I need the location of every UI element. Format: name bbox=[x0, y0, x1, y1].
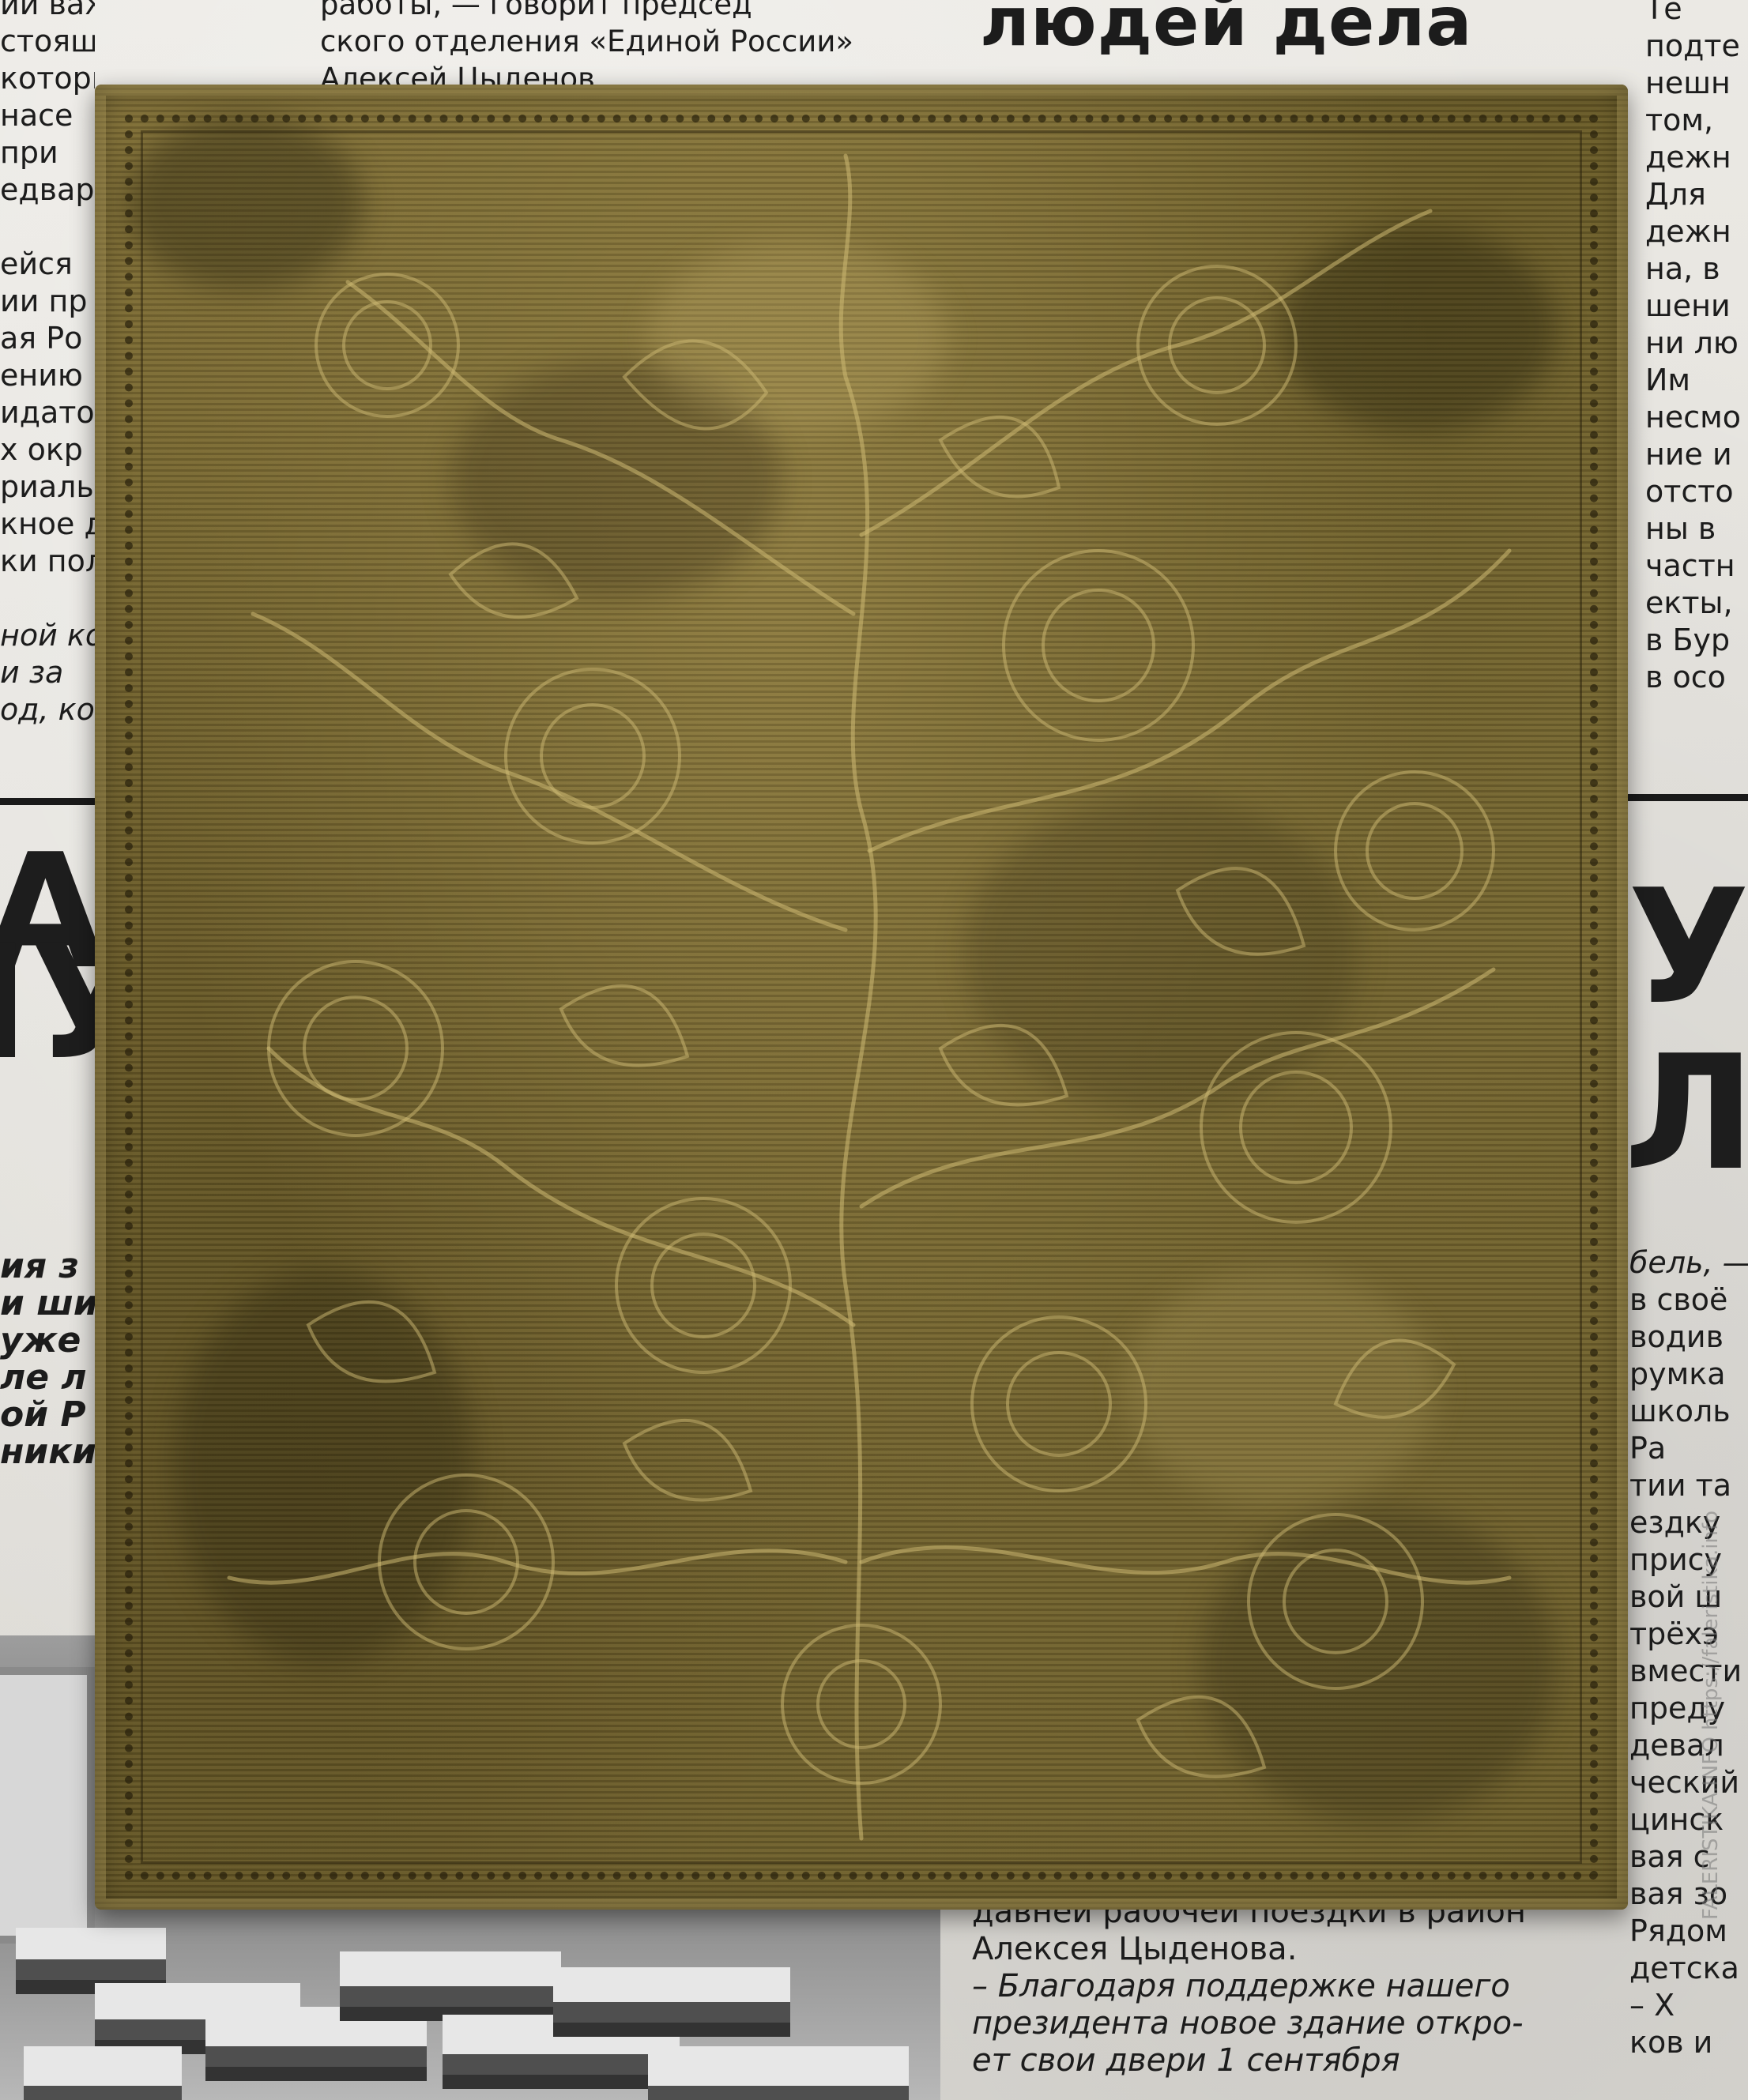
newspaper-column-top-right: Теподтенешнтом,дежнДлядежнна, вшенини лю… bbox=[1645, 0, 1748, 696]
text-line: едвар bbox=[0, 171, 95, 209]
engraved-brass-plate bbox=[95, 85, 1628, 1910]
text-line: тии та bbox=[1629, 1467, 1748, 1504]
text-line: ии важно было bbox=[0, 0, 95, 23]
text-line: ии пр bbox=[0, 283, 95, 320]
text-line: вая с bbox=[1629, 1838, 1748, 1876]
section-divider-left bbox=[0, 798, 99, 805]
watermark: FALERISTIKA.INFO https://faleristika.inf… bbox=[1699, 1511, 1723, 1920]
text-line: ние и bbox=[1645, 436, 1748, 473]
newspaper-lead-left: ия зи шиужеле лой Рники bbox=[0, 1244, 99, 1467]
text-line: водив bbox=[1629, 1319, 1748, 1356]
text-line: трёхэ bbox=[1629, 1616, 1748, 1653]
text-line: том, bbox=[1645, 102, 1748, 139]
desk bbox=[16, 1928, 166, 1980]
text-line: которые поль- bbox=[0, 60, 95, 97]
text-line: ной ко bbox=[0, 617, 95, 654]
text-line: девал bbox=[1629, 1727, 1748, 1764]
text-line: отсто bbox=[1645, 473, 1748, 510]
text-line: кное д bbox=[0, 506, 95, 543]
text-line: в Бур bbox=[1645, 622, 1748, 659]
text-line bbox=[0, 209, 95, 246]
big-headline-right-line-1: У bbox=[1628, 869, 1748, 1027]
text-line: частн bbox=[1645, 548, 1748, 585]
text-line: ни лю bbox=[1645, 325, 1748, 362]
text-line: и ши bbox=[0, 1281, 99, 1319]
text-line: несмо bbox=[1645, 399, 1748, 436]
text-line: детска bbox=[1629, 1950, 1748, 1987]
newspaper-column-top-middle: работы, — говорит председского отделения… bbox=[320, 0, 936, 97]
section-divider-right bbox=[1626, 794, 1748, 801]
newspaper-column-bottom-middle: давней рабочей поездки в районАлексея Цы… bbox=[972, 1892, 1620, 2078]
text-line: работы, — говорит председ bbox=[320, 0, 936, 23]
text-line: подте bbox=[1645, 28, 1748, 65]
desk bbox=[553, 1967, 790, 2023]
text-line: од, ко bbox=[0, 691, 95, 728]
desk bbox=[443, 2015, 680, 2075]
text-line: ездку bbox=[1629, 1504, 1748, 1541]
text-line: ники bbox=[0, 1430, 99, 1467]
newspaper-column-top-left: ии важно былостоящему на-которые поль-на… bbox=[0, 0, 95, 728]
text-line: ия з bbox=[0, 1244, 99, 1281]
text-line: шени bbox=[1645, 288, 1748, 325]
text-line: ле л bbox=[0, 1356, 99, 1393]
text-line: риаль bbox=[0, 469, 95, 506]
text-line: ков и bbox=[1629, 2024, 1748, 2061]
text-line: стоящему на- bbox=[0, 23, 95, 60]
text-line: ки пол bbox=[0, 543, 95, 580]
text-line: при bbox=[0, 134, 95, 171]
text-line: ского отделения «Единой России» bbox=[320, 23, 936, 60]
text-line: Им bbox=[1645, 362, 1748, 399]
text-line: ческий bbox=[1629, 1764, 1748, 1801]
text-line: в осо bbox=[1645, 659, 1748, 696]
text-line: в своё bbox=[1629, 1281, 1748, 1319]
text-line: дежн bbox=[1645, 213, 1748, 250]
text-line: на, в bbox=[1645, 250, 1748, 288]
big-headline-right-line-2: ЛЬ bbox=[1624, 1035, 1748, 1193]
headline-people-of-action: людей дела bbox=[980, 0, 1472, 62]
text-line: – Х bbox=[1629, 1987, 1748, 2024]
text-line: ой Р bbox=[0, 1393, 99, 1430]
text-line: Алексея Цыденова. bbox=[972, 1929, 1620, 1966]
desk bbox=[205, 2007, 427, 2067]
text-line: и за bbox=[0, 654, 95, 691]
text-line: Для bbox=[1645, 176, 1748, 213]
text-line: президента новое здание откро- bbox=[972, 2004, 1620, 2041]
window bbox=[0, 1667, 95, 1944]
text-line: ны в bbox=[1645, 510, 1748, 548]
text-line: вмести bbox=[1629, 1653, 1748, 1690]
text-line: дежн bbox=[1645, 139, 1748, 176]
text-line: идато bbox=[0, 394, 95, 431]
text-line: Те bbox=[1645, 0, 1748, 28]
text-line: ая Ро bbox=[0, 320, 95, 357]
text-line: преду bbox=[1629, 1690, 1748, 1727]
text-line: – Благодаря поддержке нашего bbox=[972, 1966, 1620, 2004]
desk bbox=[340, 1951, 561, 2007]
text-line: цинск bbox=[1629, 1801, 1748, 1838]
text-line: бель, — bbox=[1629, 1244, 1748, 1281]
text-line: уже bbox=[0, 1319, 99, 1356]
text-line: екты, bbox=[1645, 585, 1748, 622]
text-line: вой ш bbox=[1629, 1579, 1748, 1616]
newspaper-column-bottom-right: бель, —в своёводиврумкашкольРатии таездк… bbox=[1629, 1244, 1748, 2061]
text-line: нешн bbox=[1645, 65, 1748, 102]
desk bbox=[648, 2046, 909, 2100]
text-line: школь bbox=[1629, 1393, 1748, 1430]
text-line: Ра bbox=[1629, 1430, 1748, 1467]
text-line: ейся bbox=[0, 246, 95, 283]
text-line: ет свои двери 1 сентября bbox=[972, 2041, 1620, 2078]
desk bbox=[24, 2046, 182, 2100]
text-line: ению bbox=[0, 357, 95, 394]
text-line: Рядом bbox=[1629, 1913, 1748, 1950]
text-line bbox=[0, 580, 95, 617]
text-line: вая зо bbox=[1629, 1876, 1748, 1913]
text-line: румка bbox=[1629, 1356, 1748, 1393]
text-line: насе bbox=[0, 97, 95, 134]
text-line: х окр bbox=[0, 431, 95, 469]
text-line: прису bbox=[1629, 1541, 1748, 1579]
floral-engraving bbox=[150, 140, 1573, 1854]
